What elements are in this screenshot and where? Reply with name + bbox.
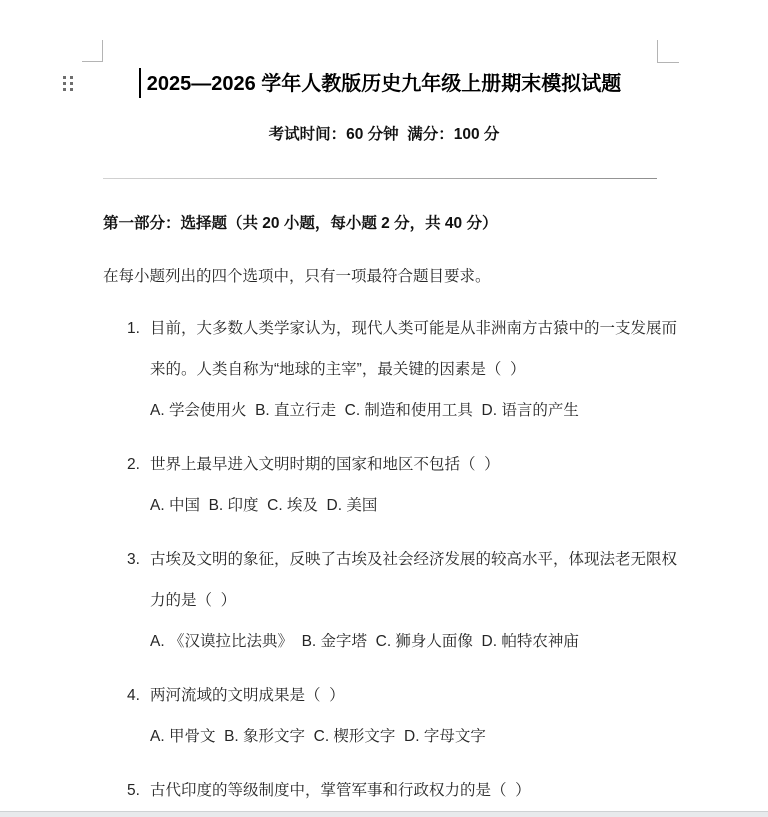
- question-text-continued[interactable]: 力的是（ ）: [150, 580, 662, 621]
- question-number: 5.: [127, 770, 150, 811]
- question-number: 3.: [127, 539, 150, 580]
- exam-time-and-score-line[interactable]: 考试时间：60 分钟 满分：100 分: [0, 121, 768, 149]
- question-text[interactable]: 世界上最早进入文明时期的国家和地区不包括（ ）: [150, 444, 500, 485]
- document-page: 2025—2026 学年人教版历史九年级上册期末模拟试题 考试时间：60 分钟 …: [0, 0, 768, 817]
- question-number: 2.: [127, 444, 150, 485]
- question-text[interactable]: 两河流域的文明成果是（ ）: [150, 675, 345, 716]
- question-5: 5. 古代印度的等级制度中，掌管军事和行政权力的是（ ）: [127, 770, 662, 811]
- question-text[interactable]: 目前，大多数人类学家认为，现代人类可能是从非洲南方古猿中的一支发展而: [150, 308, 677, 349]
- section-instruction[interactable]: 在每小题列出的四个选项中，只有一项最符合题目要求。: [103, 263, 491, 291]
- question-list: 1. 目前，大多数人类学家认为，现代人类可能是从非洲南方古猿中的一支发展而 来的…: [127, 308, 662, 817]
- question-number: 1.: [127, 308, 150, 349]
- question-text[interactable]: 古埃及文明的象征，反映了古埃及社会经济发展的较高水平，体现法老无限权: [150, 539, 677, 580]
- question-text-continued[interactable]: 来的。人类自称为“地球的主宰”，最关键的因素是（ ）: [150, 349, 662, 390]
- document-title[interactable]: 2025—2026 学年人教版历史九年级上册期末模拟试题: [0, 68, 768, 100]
- question-text[interactable]: 古代印度的等级制度中，掌管军事和行政权力的是（ ）: [150, 770, 531, 811]
- question-options[interactable]: A. 学会使用火 B. 直立行走 C. 制造和使用工具 D. 语言的产生: [150, 390, 662, 431]
- question-options[interactable]: A. 《汉谟拉比法典》 B. 金字塔 C. 狮身人面像 D. 帕特农神庙: [150, 621, 662, 662]
- question-options[interactable]: A. 甲骨文 B. 象形文字 C. 楔形文字 D. 字母文字: [150, 716, 662, 757]
- section-heading[interactable]: 第一部分：选择题（共 20 小题，每小题 2 分，共 40 分）: [103, 210, 497, 238]
- question-2: 2. 世界上最早进入文明时期的国家和地区不包括（ ） A. 中国 B. 印度 C…: [127, 444, 662, 526]
- question-number: 4.: [127, 675, 150, 716]
- question-1: 1. 目前，大多数人类学家认为，现代人类可能是从非洲南方古猿中的一支发展而 来的…: [127, 308, 662, 431]
- question-3: 3. 古埃及文明的象征，反映了古埃及社会经济发展的较高水平，体现法老无限权 力的…: [127, 539, 662, 662]
- question-4: 4. 两河流域的文明成果是（ ） A. 甲骨文 B. 象形文字 C. 楔形文字 …: [127, 675, 662, 757]
- margin-corner-mark-top-left: [82, 40, 103, 62]
- question-options[interactable]: A. 中国 B. 印度 C. 埃及 D. 美国: [150, 485, 662, 526]
- bottom-edge-bar: [0, 811, 768, 817]
- margin-corner-mark-top-right: [657, 40, 679, 63]
- horizontal-divider: [103, 178, 657, 179]
